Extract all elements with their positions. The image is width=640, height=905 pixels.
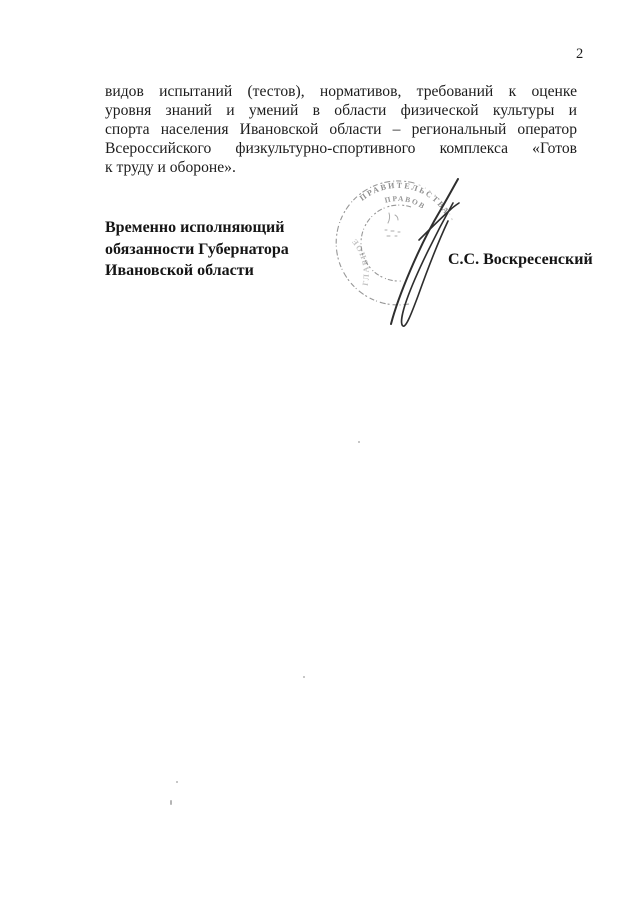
stamp-ring-text-top: ПРАВИТЕЛЬСТВА — [358, 181, 452, 217]
stamp-center-marks — [385, 213, 400, 236]
stamp-inner-text: ПРАВОВ — [384, 194, 428, 211]
page-number: 2 — [576, 46, 583, 63]
signer-name: С.С. Воскресенский — [448, 251, 593, 269]
paragraph-line: видов испытаний (тестов), нормативов, тр… — [105, 82, 577, 101]
signatory-title: Временно исполняющий обязанности Губерна… — [105, 217, 355, 282]
scan-speck — [176, 781, 178, 783]
scan-speck — [303, 676, 305, 678]
paragraph-line: Всероссийского физкультурно-спортивного … — [105, 139, 577, 158]
signature-stroke-short — [419, 203, 459, 240]
signatory-title-line: обязанности Губернатора — [105, 239, 355, 261]
paragraph-line: к труду и обороне». — [105, 158, 577, 177]
stamp-outer-ring-faded — [414, 183, 453, 222]
paragraph-line: уровня знаний и умений в области физичес… — [105, 101, 577, 120]
paragraph-line: спорта населения Ивановской области – ре… — [105, 120, 577, 139]
stamp-inner-ring — [361, 205, 411, 281]
signature-stroke-hairpin — [402, 203, 453, 326]
signatory-title-line: Ивановской области — [105, 260, 355, 282]
signatory-title-line: Временно исполняющий — [105, 217, 355, 239]
scan-speck — [170, 800, 172, 805]
scan-speck — [358, 441, 360, 443]
document-page: 2 видов испытаний (тестов), нормативов, … — [0, 0, 640, 905]
body-paragraph: видов испытаний (тестов), нормативов, тр… — [105, 82, 577, 177]
